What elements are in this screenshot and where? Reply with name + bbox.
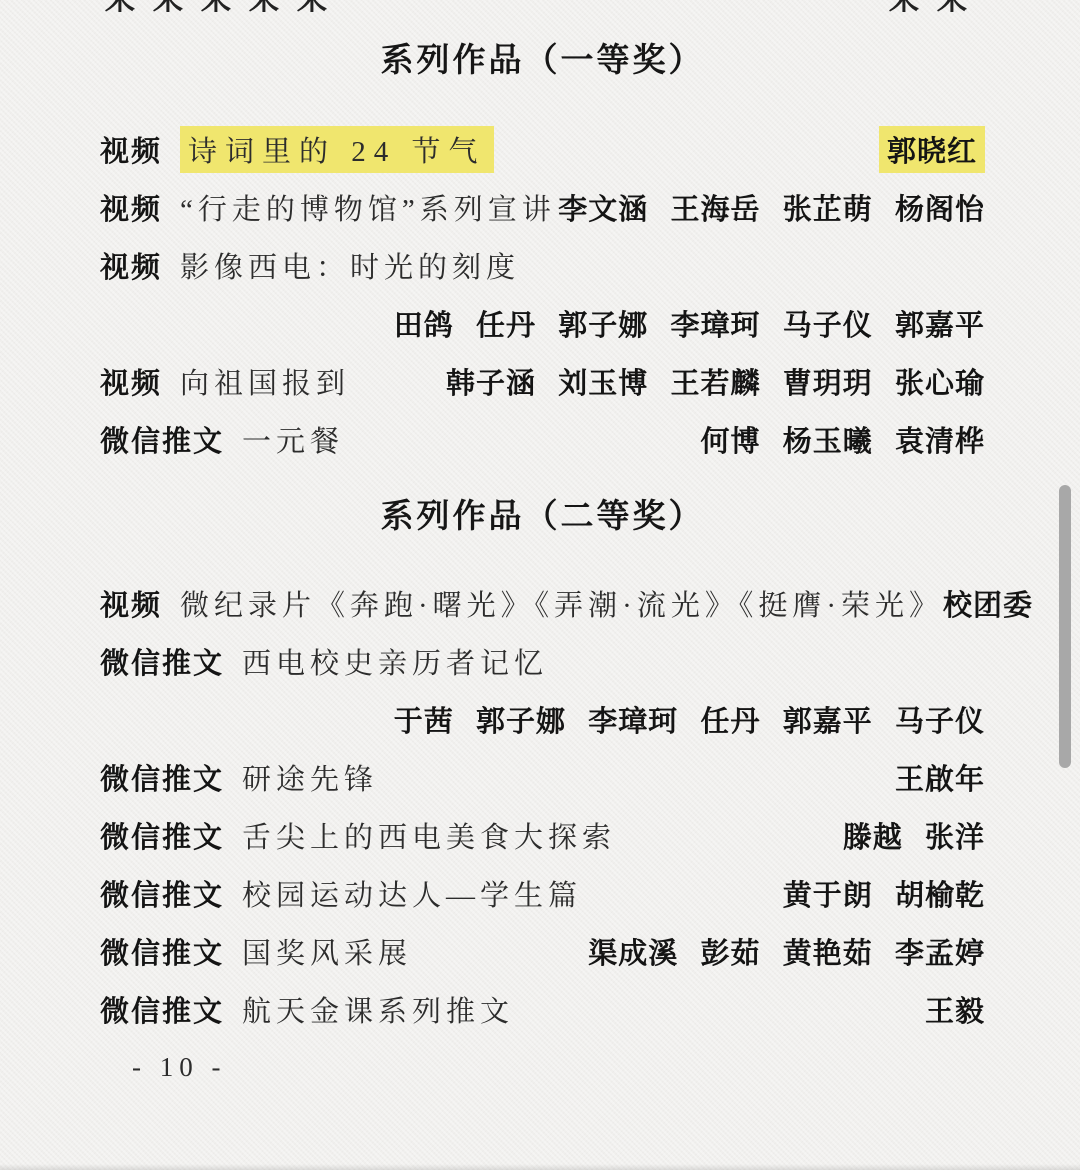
award-row: 微信推文航天金课系列推文王毅	[100, 980, 985, 1038]
author-names: 李文涵 王海岳 张芷萌 杨阁怡	[558, 187, 985, 228]
award-section: 系列作品（二等奖）视频微纪录片《奔跑·曙光》《弄潮·流光》《挺膺·荣光》校团委微…	[100, 494, 985, 1038]
author-names: 王啟年	[895, 757, 985, 798]
media-type-label: 视频	[100, 129, 162, 170]
page-bottom-edge	[0, 1164, 1080, 1170]
award-row: 视频影像西电：时光的刻度	[100, 236, 985, 294]
media-type-label: 微信推文	[100, 815, 224, 856]
scrollbar-thumb[interactable]	[1059, 485, 1071, 768]
author-names: 田鸽 任丹 郭子娜 李璋珂 马子仪 郭嘉平	[394, 303, 985, 344]
document-page: 米米米米米 米米米 系列作品（一等奖）视频诗词里的 24 节气郭晓红视频“行走的…	[0, 0, 1080, 1092]
truncated-previous-line: 米米米米米 米米米	[100, 0, 985, 12]
award-row: 视频诗词里的 24 节气郭晓红	[100, 120, 985, 178]
award-row: 微信推文国奖风采展渠成溪 彭茹 黄艳茹 李孟婷	[100, 922, 985, 980]
author-names: 韩子涵 刘玉博 王若麟 曹玥玥 张心瑜	[446, 361, 985, 402]
scrollbar-track	[1060, 0, 1080, 1170]
work-title: “行走的博物馆”系列宣讲	[180, 187, 556, 228]
section-heading: 系列作品（一等奖）	[100, 38, 985, 84]
media-type-label: 微信推文	[100, 757, 224, 798]
award-row: 视频“行走的博物馆”系列宣讲李文涵 王海岳 张芷萌 杨阁怡	[100, 178, 985, 236]
media-type-label: 视频	[100, 187, 162, 228]
media-type-label: 视频	[100, 361, 162, 402]
media-type-label: 微信推文	[100, 989, 224, 1030]
work-title: 研途先锋	[242, 757, 378, 798]
truncated-text-left: 米米米米米	[105, 0, 345, 12]
award-row: 微信推文舌尖上的西电美食大探索滕越 张洋	[100, 806, 985, 864]
work-title: 一元餐	[242, 419, 344, 460]
author-names: 滕越 张洋	[843, 815, 985, 856]
award-row: 微信推文研途先锋王啟年	[100, 748, 985, 806]
award-row: 田鸽 任丹 郭子娜 李璋珂 马子仪 郭嘉平	[100, 294, 985, 352]
media-type-label: 微信推文	[100, 931, 224, 972]
work-title: 舌尖上的西电美食大探索	[242, 815, 616, 856]
award-sections: 系列作品（一等奖）视频诗词里的 24 节气郭晓红视频“行走的博物馆”系列宣讲李文…	[100, 38, 985, 1038]
award-row: 于茜 郭子娜 李璋珂 任丹 郭嘉平 马子仪	[100, 690, 985, 748]
work-title: 影像西电：时光的刻度	[180, 245, 520, 286]
media-type-label: 微信推文	[100, 873, 224, 914]
award-section: 系列作品（一等奖）视频诗词里的 24 节气郭晓红视频“行走的博物馆”系列宣讲李文…	[100, 38, 985, 468]
work-title: 微纪录片《奔跑·曙光》《弄潮·流光》《挺膺·荣光》	[180, 583, 943, 624]
author-names: 郭晓红	[879, 126, 985, 173]
media-type-label: 微信推文	[100, 641, 224, 682]
award-row: 视频向祖国报到韩子涵 刘玉博 王若麟 曹玥玥 张心瑜	[100, 352, 985, 410]
author-names: 王毅	[925, 989, 985, 1030]
work-title: 西电校史亲历者记忆	[242, 641, 548, 682]
work-title: 校园运动达人—学生篇	[242, 873, 582, 914]
award-row: 视频微纪录片《奔跑·曙光》《弄潮·流光》《挺膺·荣光》校团委	[100, 574, 985, 632]
author-names: 黄于朗 胡榆乾	[783, 873, 985, 914]
work-title: 向祖国报到	[180, 361, 350, 402]
work-title: 航天金课系列推文	[242, 989, 514, 1030]
award-row: 微信推文一元餐何博 杨玉曦 袁清桦	[100, 410, 985, 468]
media-type-label: 微信推文	[100, 419, 224, 460]
page-number: - 10 -	[100, 1042, 985, 1092]
award-rows: 视频微纪录片《奔跑·曙光》《弄潮·流光》《挺膺·荣光》校团委微信推文西电校史亲历…	[100, 574, 985, 1038]
award-row: 微信推文校园运动达人—学生篇黄于朗 胡榆乾	[100, 864, 985, 922]
work-title: 国奖风采展	[242, 931, 412, 972]
section-heading: 系列作品（二等奖）	[100, 494, 985, 540]
media-type-label: 视频	[100, 583, 162, 624]
award-rows: 视频诗词里的 24 节气郭晓红视频“行走的博物馆”系列宣讲李文涵 王海岳 张芷萌…	[100, 120, 985, 468]
truncated-text-right: 米米米	[889, 0, 985, 12]
author-names: 渠成溪 彭茹 黄艳茹 李孟婷	[588, 931, 985, 972]
author-names: 校团委	[943, 583, 1033, 624]
media-type-label: 视频	[100, 245, 162, 286]
author-names: 何博 杨玉曦 袁清桦	[700, 419, 985, 460]
award-row: 微信推文西电校史亲历者记忆	[100, 632, 985, 690]
author-names: 于茜 郭子娜 李璋珂 任丹 郭嘉平 马子仪	[394, 699, 985, 740]
work-title: 诗词里的 24 节气	[180, 126, 494, 173]
